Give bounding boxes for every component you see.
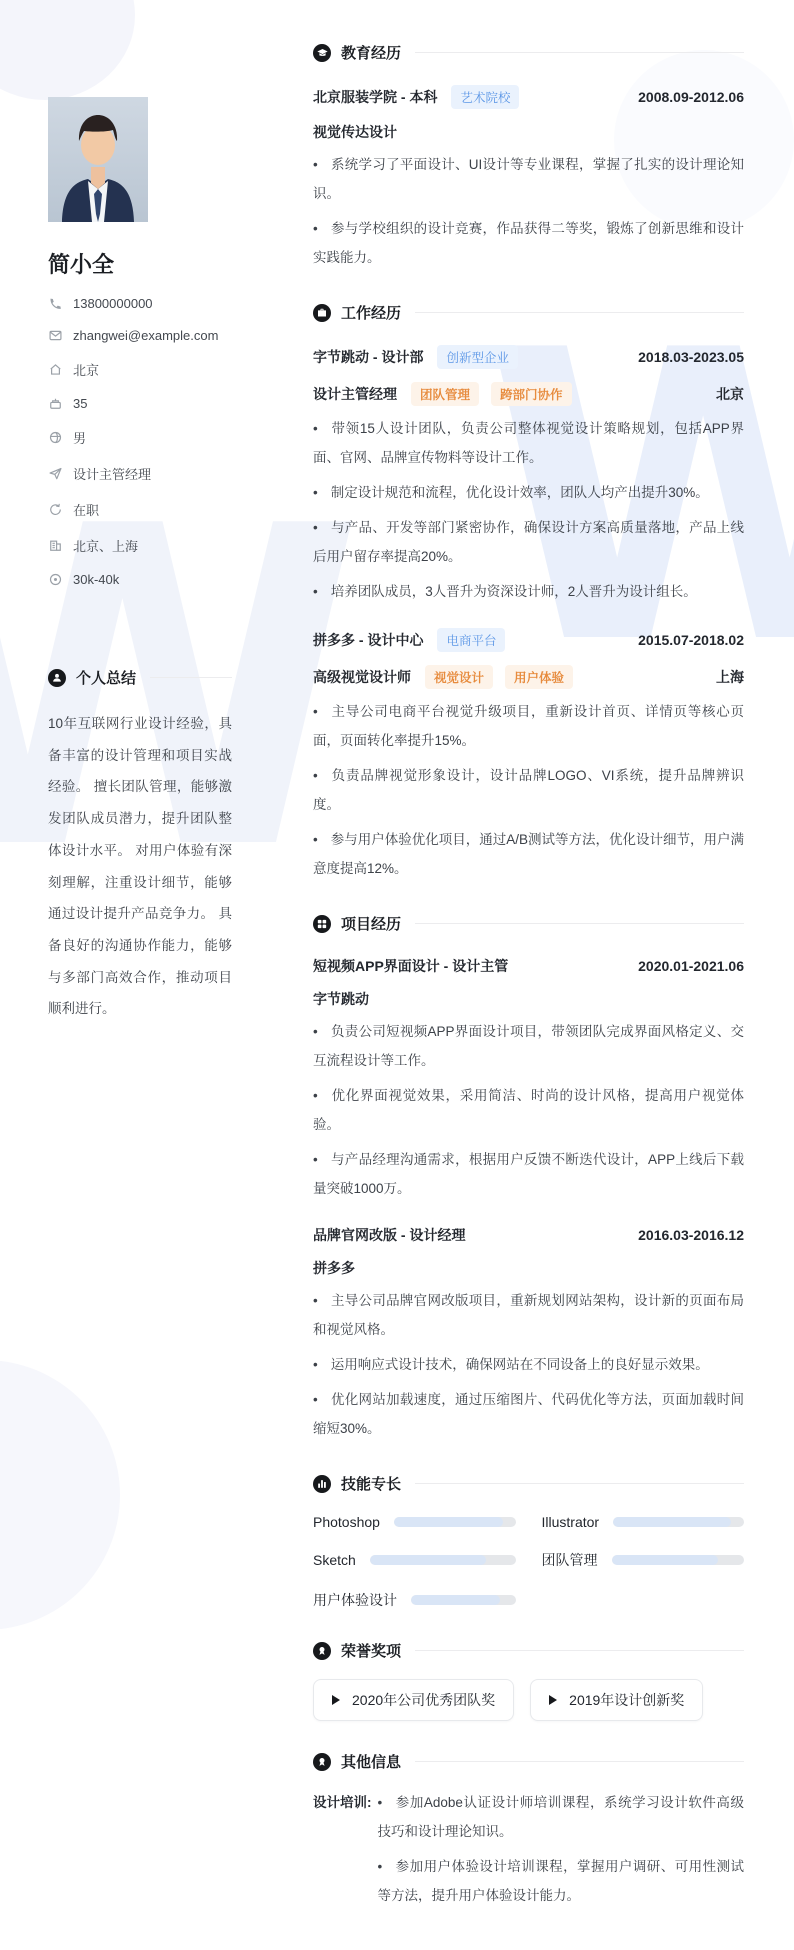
city-icon xyxy=(48,539,62,553)
contact-value: zhangwei@example.com xyxy=(73,328,218,343)
project-bullet: 与产品经理沟通需求，根据用户反馈不断迭代设计，APP上线后下载量突破1000万。 xyxy=(313,1145,744,1203)
contact-value: 北京 xyxy=(73,360,99,379)
company-name: 字节跳动 - 设计部 xyxy=(313,347,423,367)
work-location: 上海 xyxy=(716,667,744,687)
skill-item: Illustrator xyxy=(542,1514,745,1530)
status-icon xyxy=(48,503,62,517)
project-company: 拼多多 xyxy=(313,1258,355,1278)
skill-item: 团队管理 xyxy=(542,1550,745,1570)
phone-icon xyxy=(48,297,62,311)
divider xyxy=(415,1650,744,1651)
position-tag: 用户体验 xyxy=(505,665,573,689)
skill-name: 团队管理 xyxy=(542,1550,598,1570)
age-icon xyxy=(48,397,62,411)
education-bullet: 参与学校组织的设计竞赛，作品获得二等奖，锻炼了创新思维和设计实践能力。 xyxy=(313,214,744,272)
skill-item: Sketch xyxy=(313,1550,516,1570)
skill-bar xyxy=(394,1517,516,1527)
person-icon xyxy=(48,669,66,687)
school-badge: 艺术院校 xyxy=(451,85,519,109)
award-list: 2020年公司优秀团队奖 2019年设计创新奖 xyxy=(313,1679,744,1721)
other-section: 其他信息 设计培训: 参加Adobe认证设计师培训课程，系统学习设计软件高级技巧… xyxy=(313,1751,744,1910)
section-title: 技能专长 xyxy=(341,1473,401,1494)
training-bullet: 参加用户体验设计培训课程，掌握用户调研、可用性测试等方法，提升用户体验设计能力。 xyxy=(378,1852,745,1910)
award-label: 2019年设计创新奖 xyxy=(569,1690,684,1710)
contact-list: 13800000000 zhangwei@example.com 北京 xyxy=(48,296,232,587)
training-bullet: 参加Adobe认证设计师培训课程，系统学习设计软件高级技巧和设计理论知识。 xyxy=(378,1788,745,1846)
project-company: 字节跳动 xyxy=(313,989,369,1009)
play-icon xyxy=(549,1695,557,1705)
skill-name: Illustrator xyxy=(542,1514,600,1530)
honors-section: 荣誉奖项 2020年公司优秀团队奖 2019年设计创新奖 xyxy=(313,1640,744,1721)
contact-phone: 13800000000 xyxy=(48,296,232,311)
section-title: 荣誉奖项 xyxy=(341,1640,401,1661)
company-badge: 电商平台 xyxy=(437,628,505,652)
work-entry: 拼多多 - 设计中心 电商平台 2015.07-2018.02 高级视觉设计师 … xyxy=(313,628,744,883)
contact-email: zhangwei@example.com xyxy=(48,328,232,343)
contact-gender: 男 xyxy=(48,428,232,447)
mail-icon xyxy=(48,329,62,343)
section-title: 教育经历 xyxy=(341,42,401,63)
contact-value: 在职 xyxy=(73,500,99,519)
school-name: 北京服装学院 - 本科 xyxy=(313,87,437,107)
contact-salary: 30k-40k xyxy=(48,572,232,587)
contact-value: 30k-40k xyxy=(73,572,119,587)
divider xyxy=(415,312,744,313)
work-bullet: 与产品、开发等部门紧密协作，确保设计方案高质量落地，产品上线后用户留存率提高20… xyxy=(313,513,744,571)
summary-text: 10年互联网行业设计经验，具备丰富的设计管理和项目实战经验。 擅长团队管理，能够… xyxy=(48,708,232,1025)
skill-name: Photoshop xyxy=(313,1514,380,1530)
education-section: 教育经历 北京服装学院 - 本科 艺术院校 2008.09-2012.06 视觉… xyxy=(313,42,744,272)
contact-status: 在职 xyxy=(48,500,232,519)
contact-intention-cities: 北京、上海 xyxy=(48,536,232,555)
medal-icon xyxy=(313,1642,331,1660)
divider xyxy=(415,1761,744,1762)
play-icon xyxy=(332,1695,340,1705)
project-entry: 品牌官网改版 - 设计经理 2016.03-2016.12 拼多多 主导公司品牌… xyxy=(313,1225,744,1443)
company-name: 拼多多 - 设计中心 xyxy=(313,630,423,650)
contact-age: 35 xyxy=(48,396,232,411)
work-bullet: 参与用户体验优化项目，通过A/B测试等方法，优化设计细节，用户满意度提高12%。 xyxy=(313,825,744,883)
project-date: 2020.01-2021.06 xyxy=(638,958,744,974)
skill-name: 用户体验设计 xyxy=(313,1590,397,1610)
project-bullet: 运用响应式设计技术，确保网站在不同设备上的良好显示效果。 xyxy=(313,1350,744,1379)
work-section: 工作经历 字节跳动 - 设计部 创新型企业 2018.03-2023.05 设计… xyxy=(313,302,744,883)
divider xyxy=(415,923,744,924)
main-column: 教育经历 北京服装学院 - 本科 艺术院校 2008.09-2012.06 视觉… xyxy=(280,0,794,1950)
education-date: 2008.09-2012.06 xyxy=(638,89,744,105)
education-bullet: 系统学习了平面设计、UI设计等专业课程，掌握了扎实的设计理论知识。 xyxy=(313,150,744,208)
project-bullet: 负责公司短视频APP界面设计项目，带领团队完成界面风格定义、交互流程设计等工作。 xyxy=(313,1017,744,1075)
home-icon xyxy=(48,363,62,377)
position-icon xyxy=(48,467,62,481)
contact-value: 北京、上海 xyxy=(73,536,138,555)
skill-item: Photoshop xyxy=(313,1514,516,1530)
award-icon xyxy=(313,1753,331,1771)
salary-icon xyxy=(48,573,62,587)
project-bullet: 主导公司品牌官网改版项目，重新规划网站架构，设计新的页面布局和视觉风格。 xyxy=(313,1286,744,1344)
work-bullet: 培养团队成员，3人晋升为资深设计师，2人晋升为设计组长。 xyxy=(313,577,744,606)
position-tag: 团队管理 xyxy=(411,382,479,406)
projects-section: 项目经历 短视频APP界面设计 - 设计主管 2020.01-2021.06 字… xyxy=(313,913,744,1443)
skill-bar xyxy=(411,1595,516,1605)
summary-title: 个人总结 xyxy=(76,667,136,688)
skills-section: 技能专长 Photoshop Illustrator Sketch 团队管理 xyxy=(313,1473,744,1610)
bar-chart-icon xyxy=(313,1475,331,1493)
divider xyxy=(415,1483,744,1484)
briefcase-icon xyxy=(313,304,331,322)
project-name: 品牌官网改版 - 设计经理 xyxy=(313,1225,465,1245)
project-entry: 短视频APP界面设计 - 设计主管 2020.01-2021.06 字节跳动 负… xyxy=(313,956,744,1203)
position-tag: 视觉设计 xyxy=(425,665,493,689)
work-entry: 字节跳动 - 设计部 创新型企业 2018.03-2023.05 设计主管经理 … xyxy=(313,345,744,606)
award-chip[interactable]: 2019年设计创新奖 xyxy=(530,1679,703,1721)
skill-bar xyxy=(370,1555,516,1565)
section-title: 其他信息 xyxy=(341,1751,401,1772)
education-entry: 北京服装学院 - 本科 艺术院校 2008.09-2012.06 视觉传达设计 … xyxy=(313,85,744,272)
divider xyxy=(150,677,232,678)
skills-grid: Photoshop Illustrator Sketch 团队管理 用户体验设计 xyxy=(313,1514,744,1610)
contact-value: 设计主管经理 xyxy=(73,464,151,483)
contact-position: 设计主管经理 xyxy=(48,464,232,483)
skill-item: 用户体验设计 xyxy=(313,1590,516,1610)
project-bullet: 优化网站加载速度，通过压缩图片、代码优化等方法，页面加载时间缩短30%。 xyxy=(313,1385,744,1443)
resume-page: 简小全 13800000000 zhangwei@example.com xyxy=(0,0,794,1950)
contact-city: 北京 xyxy=(48,360,232,379)
award-chip[interactable]: 2020年公司优秀团队奖 xyxy=(313,1679,514,1721)
contact-value: 男 xyxy=(73,428,86,447)
project-date: 2016.03-2016.12 xyxy=(638,1227,744,1243)
skill-bar xyxy=(613,1517,744,1527)
contact-value: 13800000000 xyxy=(73,296,153,311)
position-title: 设计主管经理 xyxy=(313,384,397,404)
section-title: 项目经历 xyxy=(341,913,401,934)
company-badge: 创新型企业 xyxy=(437,345,518,369)
work-bullet: 制定设计规范和流程，优化设计效率，团队人均产出提升30%。 xyxy=(313,478,744,507)
position-title: 高级视觉设计师 xyxy=(313,667,411,687)
work-bullet: 带领15人设计团队，负责公司整体视觉设计策略规划，包括APP界面、官网、品牌宣传… xyxy=(313,414,744,472)
project-bullet: 优化界面视觉效果，采用简洁、时尚的设计风格，提高用户视觉体验。 xyxy=(313,1081,744,1139)
position-tag: 跨部门协作 xyxy=(491,382,572,406)
award-label: 2020年公司优秀团队奖 xyxy=(352,1690,495,1710)
work-location: 北京 xyxy=(716,384,744,404)
work-bullet: 主导公司电商平台视觉升级项目，重新设计首页、详情页等核心页面，页面转化率提升15… xyxy=(313,697,744,755)
project-name: 短视频APP界面设计 - 设计主管 xyxy=(313,956,508,976)
skill-name: Sketch xyxy=(313,1552,356,1568)
work-date: 2015.07-2018.02 xyxy=(638,632,744,648)
contact-value: 35 xyxy=(73,396,87,411)
work-date: 2018.03-2023.05 xyxy=(638,349,744,365)
major: 视觉传达设计 xyxy=(313,122,397,142)
work-bullet: 负责品牌视觉形象设计，设计品牌LOGO、VI系统，提升品牌辨识度。 xyxy=(313,761,744,819)
training-row: 设计培训: 参加Adobe认证设计师培训课程，系统学习设计软件高级技巧和设计理论… xyxy=(313,1788,744,1910)
section-title: 工作经历 xyxy=(341,302,401,323)
training-label: 设计培训: xyxy=(313,1788,372,1817)
skill-bar xyxy=(612,1555,745,1565)
divider xyxy=(415,52,744,53)
summary-section: 个人总结 10年互联网行业设计经验，具备丰富的设计管理和项目实战经验。 擅长团队… xyxy=(48,667,232,1025)
profile-name: 简小全 xyxy=(48,248,232,279)
gender-icon xyxy=(48,431,62,445)
sidebar: 简小全 13800000000 zhangwei@example.com xyxy=(0,0,280,1950)
graduation-cap-icon xyxy=(313,44,331,62)
profile-photo xyxy=(48,97,148,222)
grid-icon xyxy=(313,915,331,933)
